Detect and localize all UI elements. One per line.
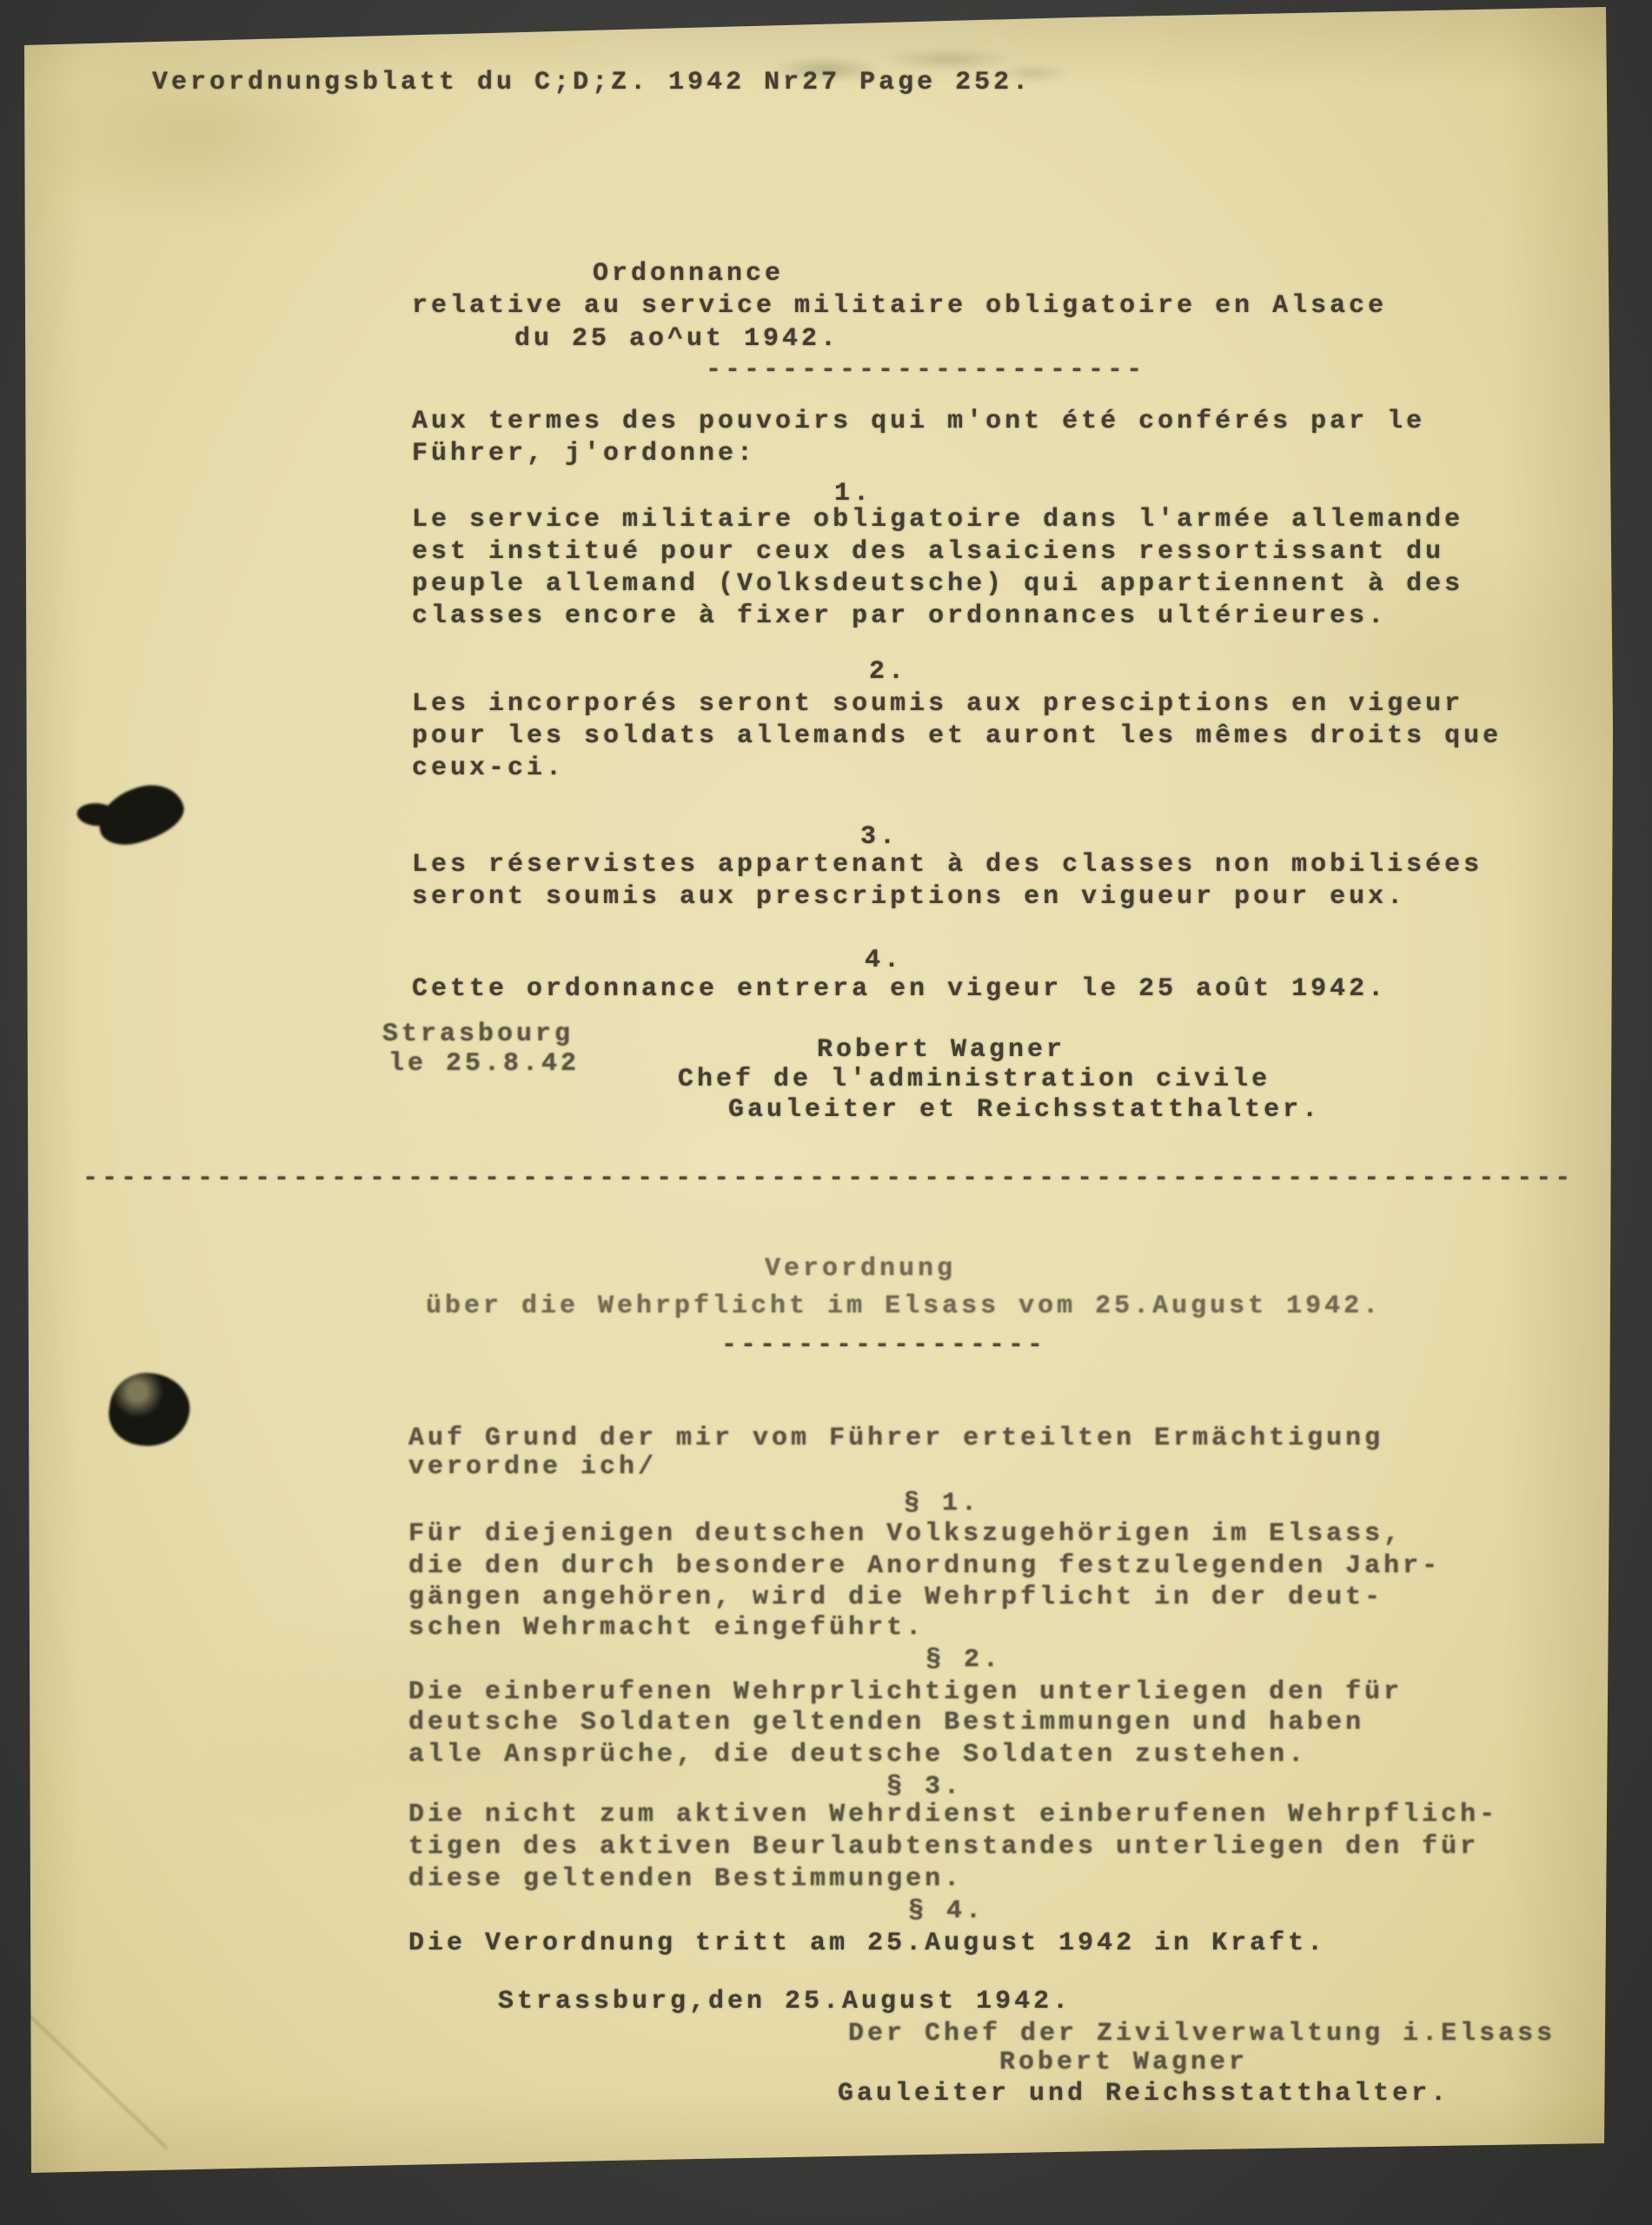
fr-article-2-line-1: Les incorporés seront soumis aux prescip…: [412, 688, 1463, 721]
fr-title-line-1: Ordonnance: [593, 258, 784, 290]
fr-article-1-line-3: peuple allemand (Volksdeutsche) qui appa…: [412, 568, 1463, 601]
fr-article-4-line-1: Cette ordonnance entrera en vigeur le 25…: [412, 973, 1387, 1006]
fr-article-3-line-1: Les réservistes appartenant à des classe…: [412, 849, 1483, 881]
de-paragraph-1-number: § 1.: [904, 1488, 980, 1520]
de-paragraph-4-number: § 4.: [908, 1896, 985, 1928]
fr-signature-place: Strasbourg: [382, 1019, 574, 1051]
de-signature-dateline: Strassburg,den 25.August 1942.: [498, 1986, 1071, 2018]
section-divider-dashed-rule: ----------------------------------------…: [83, 1163, 1574, 1195]
de-title-line-2: über die Wehrpflicht im Elsass vom 25.Au…: [426, 1291, 1382, 1323]
paper-crease: [20, 2006, 168, 2149]
fr-article-2-line-3: ceux-ci.: [412, 753, 565, 785]
de-paragraph-2-number: § 2.: [926, 1644, 1002, 1677]
de-title-line-1: Verordnung: [765, 1253, 956, 1285]
de-intro-line-2: verordne ich/: [408, 1451, 657, 1484]
page-header: Verordnungsblatt du C;D;Z. 1942 Nr27 Pag…: [152, 67, 1032, 99]
punch-hole-top: [92, 778, 189, 851]
de-paragraph-1-line-4: schen Wehrmacht eingeführt.: [408, 1612, 925, 1644]
de-paragraph-1-line-2: die den durch besondere Anordnung festzu…: [408, 1551, 1441, 1583]
paper-sheet: Verordnungsblatt du C;D;Z. 1942 Nr27 Pag…: [0, 0, 1652, 2225]
de-signature-role: Der Chef der Zivilverwaltung i.Elsass: [848, 2018, 1556, 2050]
de-paragraph-3-line-3: diese geltenden Bestimmungen.: [408, 1863, 963, 1896]
fr-intro-line-1: Aux termes des pouvoirs qui m'ont été co…: [412, 406, 1425, 438]
fr-signature-name: Robert Wagner: [817, 1034, 1065, 1066]
de-paragraph-2-line-1: Die einberufenen Wehrprlichtigen unterli…: [408, 1677, 1403, 1709]
de-title-dashed-rule: -----------------: [721, 1330, 1046, 1362]
fr-article-4-number: 4.: [865, 945, 903, 977]
de-paragraph-1-line-1: Für diejenigen deutschen Volkszugehörige…: [408, 1518, 1403, 1551]
fr-article-1-line-1: Le service militaire obligatoire dans l'…: [412, 504, 1463, 536]
fr-article-1-line-4: classes encore à fixer par ordonnances u…: [412, 601, 1387, 633]
fr-signature-date: le 25.8.42: [388, 1048, 580, 1080]
de-paragraph-2-line-3: alle Ansprüche, die deutsche Soldaten zu…: [408, 1739, 1307, 1771]
de-paragraph-3-line-2: tigen des aktiven Beurlaubtenstandes unt…: [408, 1831, 1479, 1863]
de-paragraph-2-line-2: deutsche Soldaten geltenden Bestimmungen…: [408, 1707, 1364, 1739]
fr-signature-role-1: Chef de l'administration civile: [678, 1064, 1271, 1096]
fr-article-2-line-2: pour les soldats allemands et auront les…: [412, 721, 1502, 753]
fr-article-3-line-2: seront soumis aux prescriptions en vigue…: [412, 881, 1406, 913]
de-intro-line-1: Auf Grund der mir vom Führer erteilten E…: [408, 1423, 1383, 1455]
fr-intro-line-2: Führer, j'ordonne:: [412, 438, 756, 470]
fr-title-line-3: du 25 ao^ut 1942.: [514, 323, 839, 355]
de-signature-role-2: Gauleiter und Reichsstatthalter.: [838, 2078, 1450, 2110]
fr-title-dashed-rule: -----------------------: [706, 355, 1145, 387]
scanned-document: Verordnungsblatt du C;D;Z. 1942 Nr27 Pag…: [0, 0, 1652, 2225]
de-paragraph-1-line-3: gängen angehören, wird die Wehrpflicht i…: [408, 1582, 1383, 1614]
fr-article-1-line-2: est institué pour ceux des alsaiciens re…: [412, 536, 1444, 568]
de-paragraph-4-line-1: Die Verordnung tritt am 25.August 1942 i…: [408, 1928, 1326, 1960]
de-paragraph-3-line-1: Die nicht zum aktiven Wehrdienst einberu…: [408, 1799, 1498, 1831]
fr-signature-role-2: Gauleiter et Reichsstatthalter.: [728, 1094, 1321, 1126]
punch-hole-bottom: [105, 1368, 195, 1451]
fr-title-line-2: relative au service militaire obligatoir…: [412, 290, 1387, 322]
fr-article-2-number: 2.: [869, 656, 907, 688]
de-signature-name: Robert Wagner: [999, 2047, 1248, 2079]
